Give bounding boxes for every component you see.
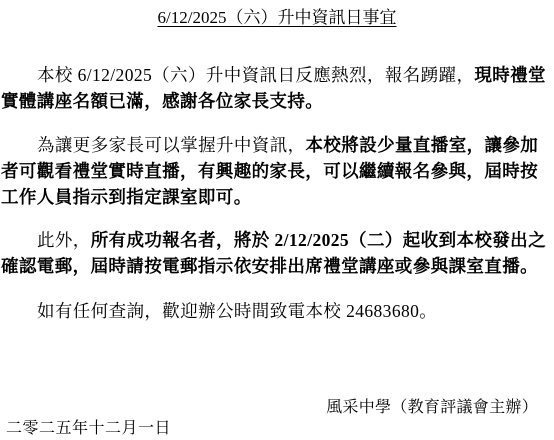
paragraph-live-broadcast: 為讓更多家長可以掌握升中資訊，本校將設少量直播室，讓參加者可觀看禮堂實時直播，有… bbox=[1, 132, 551, 210]
paragraph-text: 如有任何查詢，歡迎辦公時間致電本校 24683680。 bbox=[37, 301, 437, 321]
issue-date: 二零二五年十二月一日 bbox=[6, 417, 171, 439]
paragraph-text-bold: 所有成功報名者，將於 2/12/2025（二） bbox=[91, 230, 403, 250]
signature: 風采中學（教育評議會主辦） bbox=[326, 396, 538, 418]
paragraph-text: 此外， bbox=[37, 230, 91, 250]
notice-document: 6/12/2025（六）升中資訊日事宜 本校 6/12/2025（六）升中資訊日… bbox=[0, 0, 554, 440]
paragraph-text: 本校 6/12/2025（六）升中資訊日反應熱烈，報名踴躍， bbox=[37, 65, 474, 85]
notice-title: 6/12/2025（六）升中資訊日事宜 bbox=[0, 6, 554, 30]
paragraph-text: 為讓更多家長可以掌握升中資訊， bbox=[37, 135, 306, 155]
paragraph-confirmation-email: 此外，所有成功報名者，將於 2/12/2025（二）起收到本校發出之確認電郵，屆… bbox=[1, 227, 551, 279]
paragraph-registration-status: 本校 6/12/2025（六）升中資訊日反應熱烈，報名踴躍，現時禮堂實體講座名額… bbox=[1, 62, 551, 114]
paragraph-enquiry: 如有任何查詢，歡迎辦公時間致電本校 24683680。 bbox=[1, 298, 551, 324]
notice-title-text: 6/12/2025（六）升中資訊日事宜 bbox=[158, 8, 397, 27]
